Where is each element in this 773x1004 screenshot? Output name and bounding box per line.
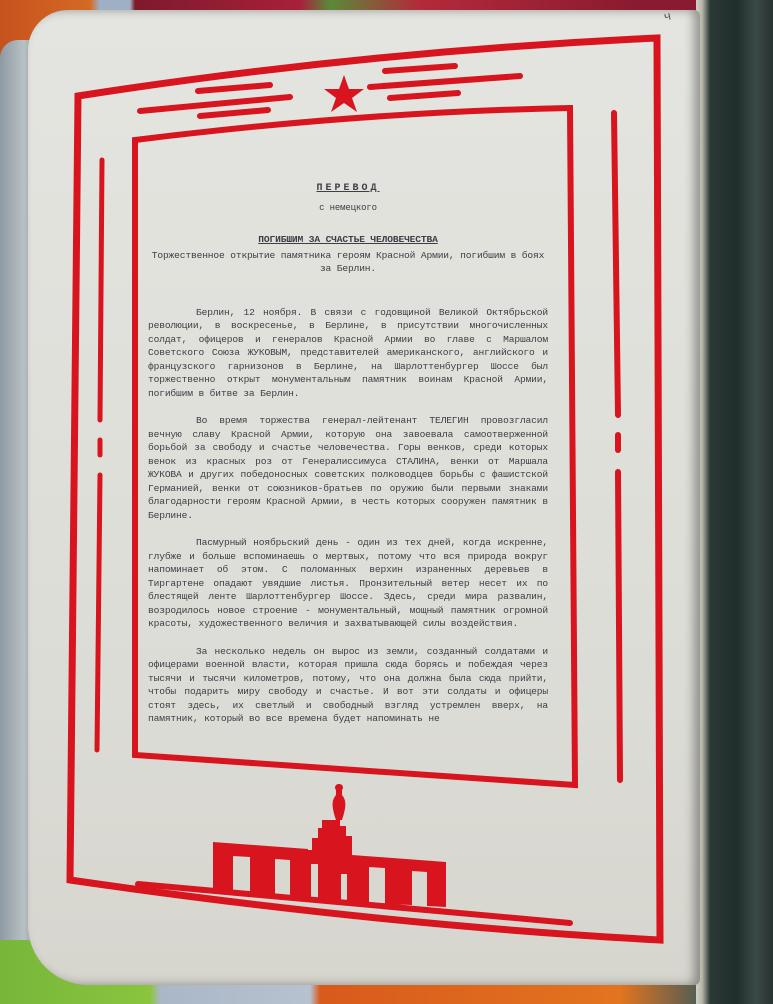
album-page-stack (696, 0, 773, 1004)
document-heading: ПЕРЕВОД (148, 182, 548, 196)
paragraph: За несколько недель он вырос из земли, с… (148, 645, 548, 726)
paragraph: Берлин, 12 ноября. В связи с годовщиной … (148, 306, 548, 401)
typed-document: ПЕРЕВОД с немецкого ПОГИБШИМ ЗА СЧАСТЬЕ … (148, 182, 548, 726)
document-subheading: с немецкого (148, 202, 548, 216)
document-lead: Торжественное открытие памятника героям … (148, 249, 548, 276)
paragraph: Пасмурный ноябрьский день - один из тех … (148, 536, 548, 631)
paragraph: Во время торжества генерал-лейтенант ТЕЛ… (148, 414, 548, 522)
document-headline: ПОГИБШИМ ЗА СЧАСТЬЕ ЧЕЛОВЕЧЕСТВА (148, 233, 548, 247)
